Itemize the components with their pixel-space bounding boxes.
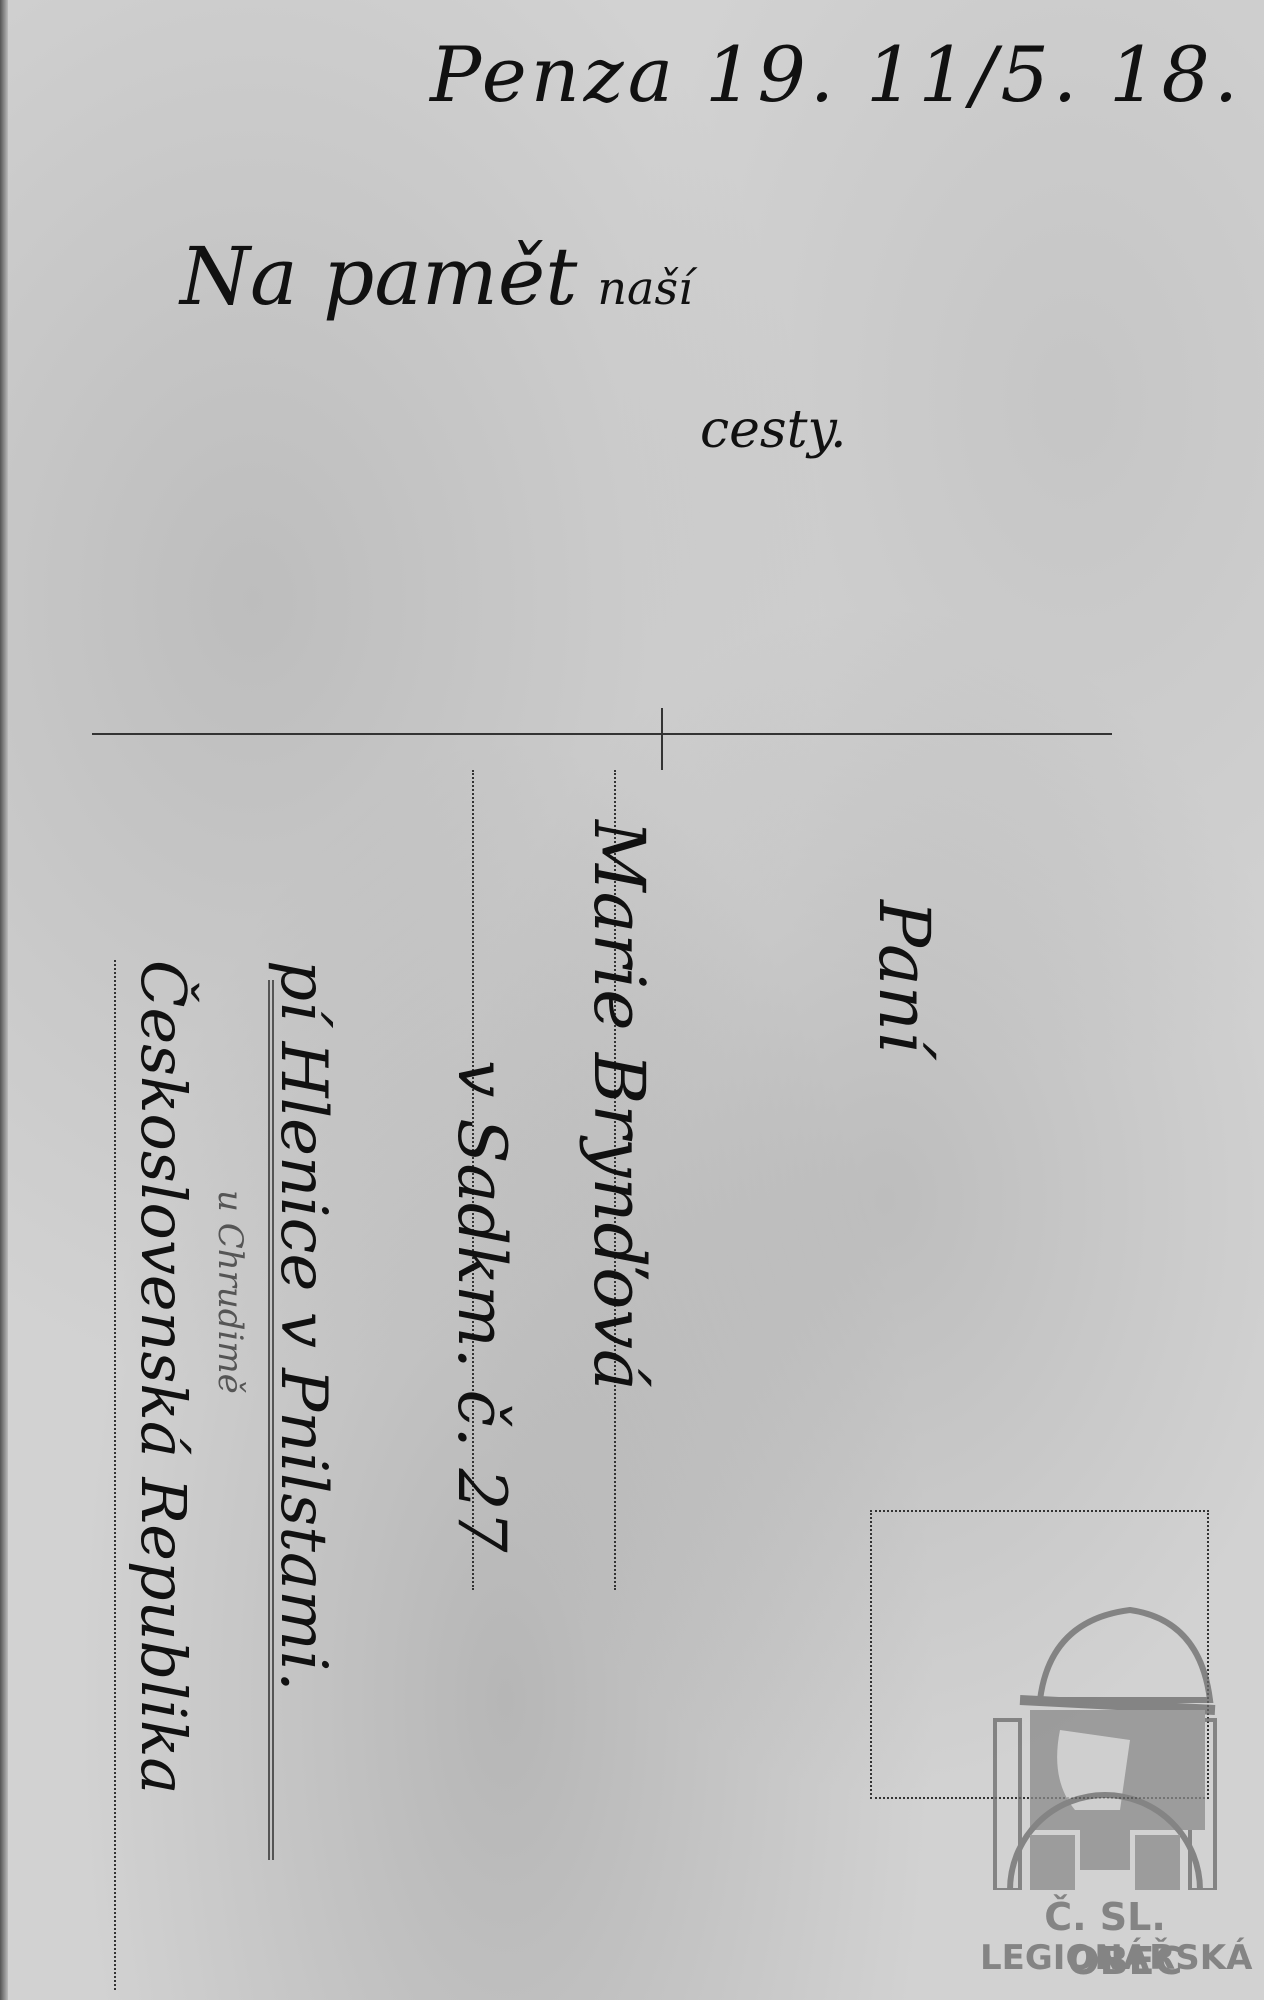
- message-large: Na pamět: [180, 230, 577, 323]
- address-street: v Sadkm. č. 27: [443, 1060, 520, 1553]
- address-pencil-note: u Chrudimě: [210, 1190, 250, 1394]
- place-date: Penza 19. 11/5. 18.: [430, 30, 1242, 119]
- watermark-csl: Č. SL.: [1044, 1895, 1166, 1939]
- message-small: naší: [597, 261, 692, 315]
- message-line-2: cesty.: [700, 400, 846, 460]
- address-dotted-line: [114, 960, 116, 1990]
- divider-tick: [661, 708, 663, 770]
- legionnaire-icon: [980, 1560, 1230, 1890]
- watermark-line-2: LEGIONÁŘSKÁ: [980, 1938, 1230, 1978]
- address-name: Marie Brynďová: [578, 820, 660, 1391]
- address-city: pí Hlenice v Pnilstami.: [266, 960, 340, 1692]
- watermark-logo: Č. SL. OBEC LEGIONÁŘSKÁ: [980, 1560, 1230, 1980]
- postcard-back: Penza 19. 11/5. 18. Na pamětnaší cesty. …: [0, 0, 1264, 2000]
- address-salutation: Paní: [863, 900, 945, 1053]
- divider-line: [92, 733, 1112, 735]
- message-line-1: Na pamětnaší: [180, 230, 693, 323]
- scan-edge: [0, 0, 8, 2000]
- address-country: Československá Republika: [127, 960, 200, 1794]
